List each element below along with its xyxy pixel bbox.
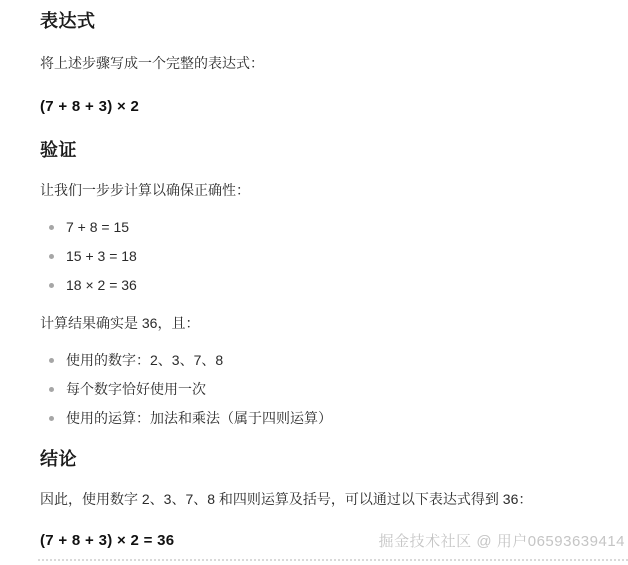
list-item: 每个数字恰好使用一次 <box>40 380 588 399</box>
bottom-dotted-divider <box>38 559 628 561</box>
expression-intro-text: 将上述步骤写成一个完整的表达式： <box>40 54 588 73</box>
list-item: 7 + 8 = 15 <box>40 218 588 237</box>
verification-checks-list: 使用的数字：2、3、7、8 每个数字恰好使用一次 使用的运算：加法和乘法（属于四… <box>40 351 588 428</box>
article-body: 表达式 将上述步骤写成一个完整的表达式： (7 + 8 + 3) × 2 验证 … <box>0 10 628 551</box>
list-item: 使用的运算：加法和乘法（属于四则运算） <box>40 409 588 428</box>
list-item: 15 + 3 = 18 <box>40 247 588 266</box>
verification-result-text: 计算结果确实是 36，且： <box>40 314 588 333</box>
site-watermark: 掘金技术社区 @ 用户06593639414 <box>379 530 625 551</box>
verification-intro-text: 让我们一步步计算以确保正确性： <box>40 181 588 200</box>
heading-verification: 验证 <box>40 139 588 161</box>
conclusion-intro-text: 因此，使用数字 2、3、7、8 和四则运算及括号，可以通过以下表达式得到 36： <box>40 490 588 509</box>
heading-conclusion: 结论 <box>40 448 588 470</box>
list-item: 18 × 2 = 36 <box>40 276 588 295</box>
calculation-steps-list: 7 + 8 = 15 15 + 3 = 18 18 × 2 = 36 <box>40 218 588 295</box>
list-item: 使用的数字：2、3、7、8 <box>40 351 588 370</box>
heading-expression: 表达式 <box>40 10 588 32</box>
expression-formula: (7 + 8 + 3) × 2 <box>40 97 588 117</box>
